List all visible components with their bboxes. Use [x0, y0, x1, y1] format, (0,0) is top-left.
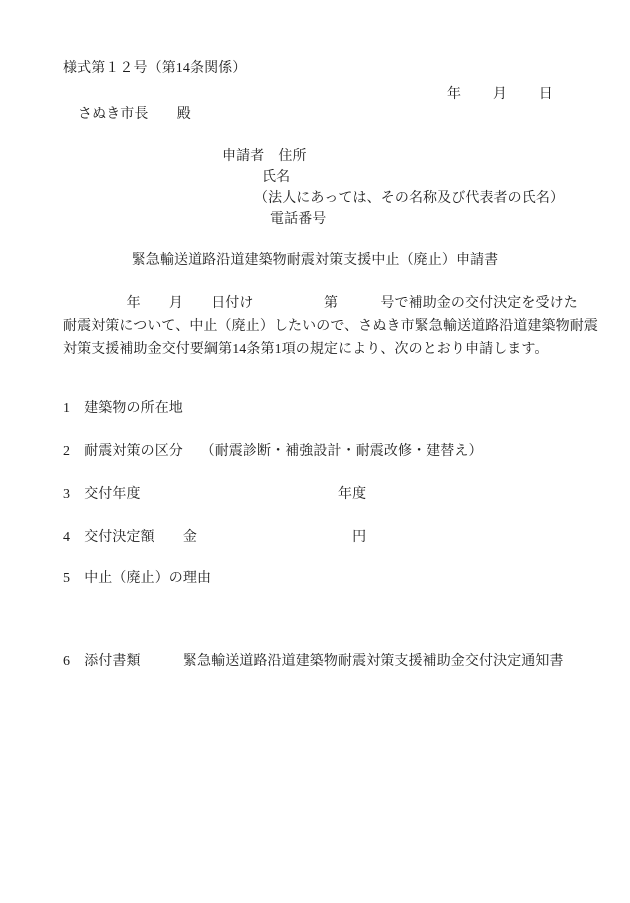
addressee-line: さぬき市長 殿 [78, 106, 191, 123]
applicant-address-row: 申請者 住所 [222, 148, 307, 165]
body-paragraph-line-2: 耐震対策について、中止（廃止）したいので、さぬき市緊急輸送道路沿道建築物耐震 [63, 318, 598, 335]
body-paragraph-line-3: 対策支援補助金交付要綱第14条第1項の規定により、次のとおり申請します。 [63, 341, 548, 358]
item-grant-decision-amount: 4 交付決定額 金 円 [63, 529, 366, 546]
item-building-location: 1 建築物の所在地 [63, 400, 183, 417]
item-attached-documents: 6 添付書類 緊急輸送道路沿道建築物耐震対策支援補助金交付決定通知書 [63, 653, 564, 670]
applicant-phone-label: 電話番号 [270, 211, 326, 228]
form-number: 様式第１２号（第14条関係） [63, 60, 246, 77]
corporate-note: （法人にあっては、その名称及び代表者の氏名） [254, 190, 564, 207]
item-cancellation-reason: 5 中止（廃止）の理由 [63, 570, 211, 587]
document-title: 緊急輸送道路沿道建築物耐震対策支援中止（廃止）申請書 [0, 252, 630, 269]
body-paragraph-line-1: 年 月 日付け 第 号で補助金の交付決定を受けた [63, 295, 578, 312]
date-placeholder: 年 月 日 [447, 86, 553, 103]
item-grant-fiscal-year: 3 交付年度 年度 [63, 486, 366, 503]
application-form-page: 様式第１２号（第14条関係） 年 月 日 さぬき市長 殿 申請者 住所 氏名 （… [0, 0, 630, 903]
item-seismic-measure-category: 2 耐震対策の区分 （耐震診断・補強設計・耐震改修・建替え） [63, 443, 483, 460]
applicant-name-label: 氏名 [262, 169, 290, 186]
